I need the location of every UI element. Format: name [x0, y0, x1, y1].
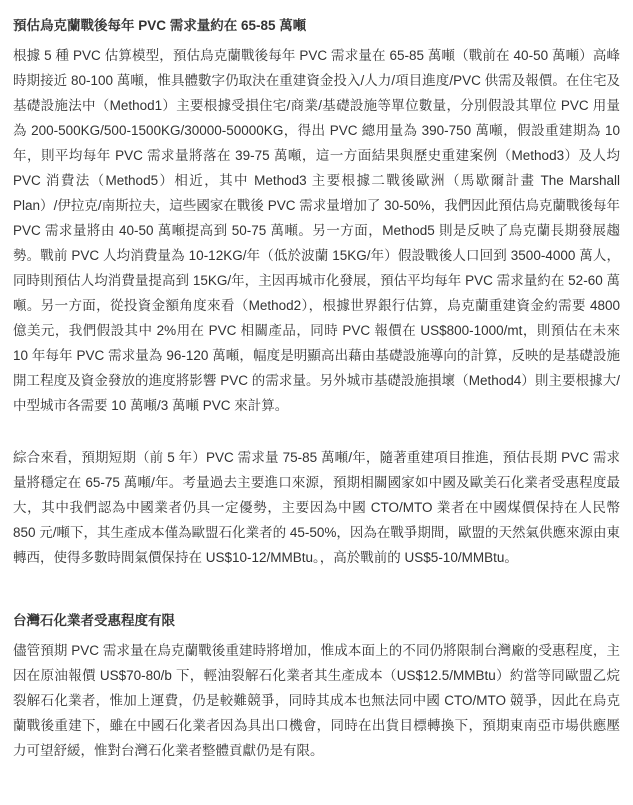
paragraph-taiwan-limited-benefit: 儘管預期 PVC 需求量在烏克蘭戰後重建時將增加，惟成本面上的不同仍將限制台灣廠…: [13, 638, 620, 763]
paragraph-summary-outlook: 綜合來看，預期短期（前 5 年）PVC 需求量 75-85 萬噸/年，隨著重建項…: [13, 445, 620, 570]
section-heading-pvc-demand-estimate: 預估烏克蘭戰後每年 PVC 需求量約在 65-85 萬噸: [13, 13, 620, 38]
paragraph-pvc-estimation-methods: 根據 5 種 PVC 估算模型，預估烏克蘭戰後每年 PVC 需求量在 65-85…: [13, 43, 620, 418]
section-heading-taiwan-benefit: 台灣石化業者受惠程度有限: [13, 608, 620, 633]
report-page: 預估烏克蘭戰後每年 PVC 需求量約在 65-85 萬噸 根據 5 種 PVC …: [0, 0, 633, 805]
